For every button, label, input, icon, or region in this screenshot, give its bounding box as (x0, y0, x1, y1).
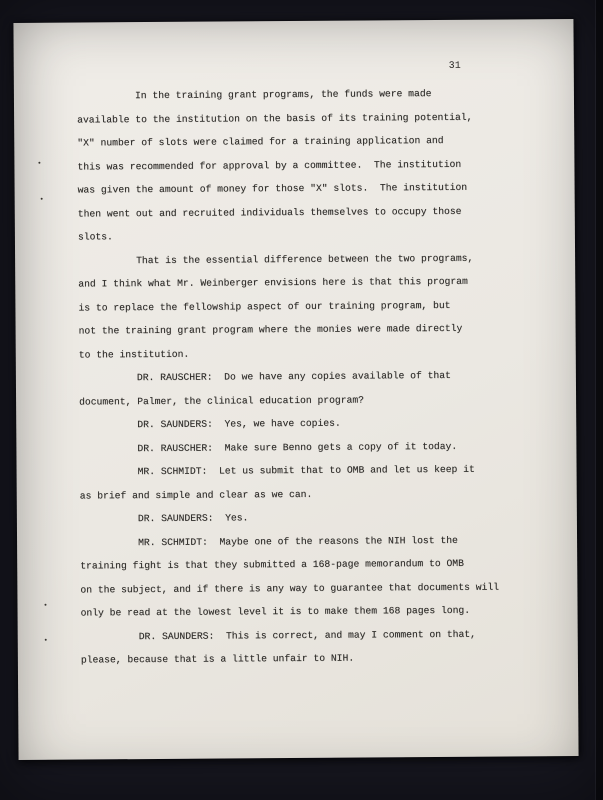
transcript-line: this was recommended for approval by a c… (77, 152, 562, 179)
page-number: 31 (449, 60, 461, 71)
transcript-line: and I think what Mr. Weinberger envision… (78, 269, 563, 296)
transcript-line: available to the institution on the basi… (77, 105, 562, 132)
margin-speck (38, 162, 40, 164)
transcript-line: DR. SAUNDERS: Yes. (80, 504, 565, 531)
transcript-line: only be read at the lowest level it is t… (80, 598, 565, 625)
transcript-line: MR. SCHMIDT: Let us submit that to OMB a… (79, 457, 564, 484)
transcript-line: DR. SAUNDERS: This is correct, and may I… (81, 622, 566, 649)
transcript-line: slots. (78, 222, 563, 249)
transcript-line: please, because that is a little unfair … (81, 645, 566, 672)
transcript-line: DR. RAUSCHER: Do we have any copies avai… (79, 363, 564, 390)
transcript-line: DR. RAUSCHER: Make sure Benno gets a cop… (79, 434, 564, 461)
transcript-text: In the training grant programs, the fund… (77, 81, 566, 672)
scanner-edge-strip (595, 0, 603, 800)
scanned-document-frame: 31 In the training grant programs, the f… (0, 0, 603, 800)
document-page: 31 In the training grant programs, the f… (13, 19, 578, 760)
transcript-line: That is the essential difference between… (78, 246, 563, 273)
transcript-line: was given the amount of money for those … (78, 175, 563, 202)
transcript-line: "X" number of slots were claimed for a t… (77, 128, 562, 155)
margin-speck (41, 198, 43, 200)
transcript-line: is to replace the fellowship aspect of o… (78, 293, 563, 320)
transcript-line: then went out and recruited individuals … (78, 199, 563, 226)
transcript-line: to the institution. (79, 340, 564, 367)
transcript-line: not the training grant program where the… (79, 316, 564, 343)
transcript-line: In the training grant programs, the fund… (77, 81, 562, 108)
transcript-line: on the subject, and if there is any way … (80, 575, 565, 602)
transcript-line: MR. SCHMIDT: Maybe one of the reasons th… (80, 528, 565, 555)
margin-speck (45, 639, 47, 641)
transcript-line: document, Palmer, the clinical education… (79, 387, 564, 414)
transcript-line: as brief and simple and clear as we can. (80, 481, 565, 508)
transcript-line: training fight is that they submitted a … (80, 551, 565, 578)
margin-speck (44, 604, 46, 606)
transcript-line: DR. SAUNDERS: Yes, we have copies. (79, 410, 564, 437)
